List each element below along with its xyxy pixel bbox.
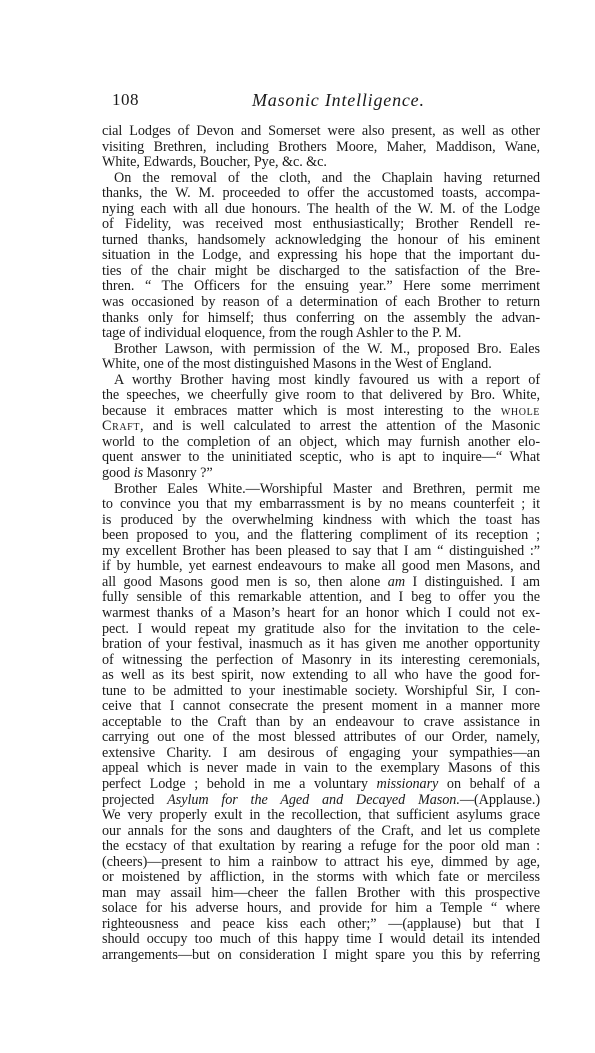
text-line: solace for his adverse hours, and provid… (102, 901, 540, 917)
text-line: because it embraces matter which is most… (102, 404, 540, 420)
text-line: bration of your festival, inasmuch as it… (102, 637, 540, 653)
text-segment: perfect Lodge ; behold in me a voluntary (102, 776, 377, 792)
text-segment: , and is well calculated to arrest the a… (140, 418, 540, 434)
text-line: White, Edwards, Boucher, Pye, &c. &c. (102, 155, 540, 171)
text-line: carrying out one of the most blessed att… (102, 730, 540, 746)
running-head: 108 Masonic Intelligence. (102, 90, 540, 116)
text-line: ceive that I cannot consecrate the prese… (102, 699, 540, 715)
text-line: visiting Brethren, including Brothers Mo… (102, 140, 540, 156)
text-line: our annals for the sons and daughters of… (102, 824, 540, 840)
body-text: cial Lodges of Devon and Somerset were a… (102, 124, 540, 964)
page-number: 108 (112, 90, 139, 110)
text-segment: Masonry ?” (143, 465, 213, 481)
text-segment: —(Applause.) (460, 792, 540, 808)
text-line: as well as its best spirit, now extendin… (102, 668, 540, 684)
text-line: thanks, the W. M. proceeded to offer the… (102, 186, 540, 202)
italic-text: Asylum for the Aged and Decayed Mason. (167, 792, 460, 808)
text-line: cial Lodges of Devon and Somerset were a… (102, 124, 540, 140)
text-line: the speeches, we cheerfully give room to… (102, 388, 540, 404)
text-line: was occasioned by reason of a determinat… (102, 295, 540, 311)
text-line: good is Masonry ?” (102, 466, 540, 482)
text-line: the ecstacy of that exultation by rearin… (102, 839, 540, 855)
text-line: projected Asylum for the Aged and Decaye… (102, 793, 540, 809)
smallcaps-text: Craft (102, 418, 140, 434)
text-line: been proposed to you, and the flattering… (102, 528, 540, 544)
book-page: 108 Masonic Intelligence. cial Lodges of… (102, 90, 540, 964)
text-line: tage of individual eloquence, from the r… (102, 326, 540, 342)
text-line: thren. “ The Officers for the ensuing ye… (102, 279, 540, 295)
text-line: situation in the Lodge, and expressing h… (102, 248, 540, 264)
text-line: is produced by the overwhelming kindness… (102, 513, 540, 529)
smallcaps-text: whole (501, 403, 540, 419)
text-segment: because it embraces matter which is most… (102, 403, 501, 419)
text-line: Craft, and is well calculated to arrest … (102, 419, 540, 435)
text-line: A worthy Brother having most kindly favo… (102, 373, 540, 389)
text-line: righteousness and peace kiss each other;… (102, 917, 540, 933)
text-line: if by humble, yet earnest endeavours to … (102, 559, 540, 575)
text-line: Brother Eales White.—Worshipful Master a… (102, 482, 540, 498)
text-line: appeal which is never made in vain to th… (102, 761, 540, 777)
text-segment: projected (102, 792, 167, 808)
text-line: of Fidelity, was received most enthusias… (102, 217, 540, 233)
text-line: tune to be admitted to your inestimable … (102, 684, 540, 700)
text-line: thanks only for himself; thus conferring… (102, 311, 540, 327)
text-line: We very properly exult in the recollecti… (102, 808, 540, 824)
text-line: pect. I would repeat my gratitude also f… (102, 622, 540, 638)
text-line: Brother Lawson, with permission of the W… (102, 342, 540, 358)
text-segment: I distinguished. I am (405, 574, 540, 590)
text-line: perfect Lodge ; behold in me a voluntary… (102, 777, 540, 793)
text-line: ties of the chair might be discharged to… (102, 264, 540, 280)
text-line: world to the completion of an object, wh… (102, 435, 540, 451)
text-line: acceptable to the Craft than by an endea… (102, 715, 540, 731)
text-segment: all good Masons good men is so, then alo… (102, 574, 388, 590)
running-title: Masonic Intelligence. (252, 90, 425, 111)
text-line: (cheers)—present to him a rainbow to att… (102, 855, 540, 871)
text-line: arrangements—but on consideration I migh… (102, 948, 540, 964)
text-line: warmest thanks of a Mason’s heart for an… (102, 606, 540, 622)
text-line: extensive Charity. I am desirous of enga… (102, 746, 540, 762)
text-line: On the removal of the cloth, and the Cha… (102, 171, 540, 187)
text-line: to convince you that my embarrassment is… (102, 497, 540, 513)
text-line: man may assail him—cheer the fallen Brot… (102, 886, 540, 902)
text-line: White, one of the most distinguished Mas… (102, 357, 540, 373)
text-line: all good Masons good men is so, then alo… (102, 575, 540, 591)
text-segment: on behalf of a (438, 776, 540, 792)
text-line: should occupy too much of this happy tim… (102, 932, 540, 948)
text-line: my excellent Brother has been pleased to… (102, 544, 540, 560)
italic-text: missionary (377, 776, 439, 792)
text-line: quent answer to the uninitiated sceptic,… (102, 450, 540, 466)
text-line: nying each with all due honours. The hea… (102, 202, 540, 218)
text-line: of witnessing the perfection of Masonry … (102, 653, 540, 669)
italic-text: is (134, 465, 143, 481)
text-segment: good (102, 465, 134, 481)
text-line: or moistened by affliction, in the storm… (102, 870, 540, 886)
text-line: turned thanks, handsomely acknowledging … (102, 233, 540, 249)
italic-text: am (388, 574, 405, 590)
text-line: fully sensible of this remarkable attent… (102, 590, 540, 606)
